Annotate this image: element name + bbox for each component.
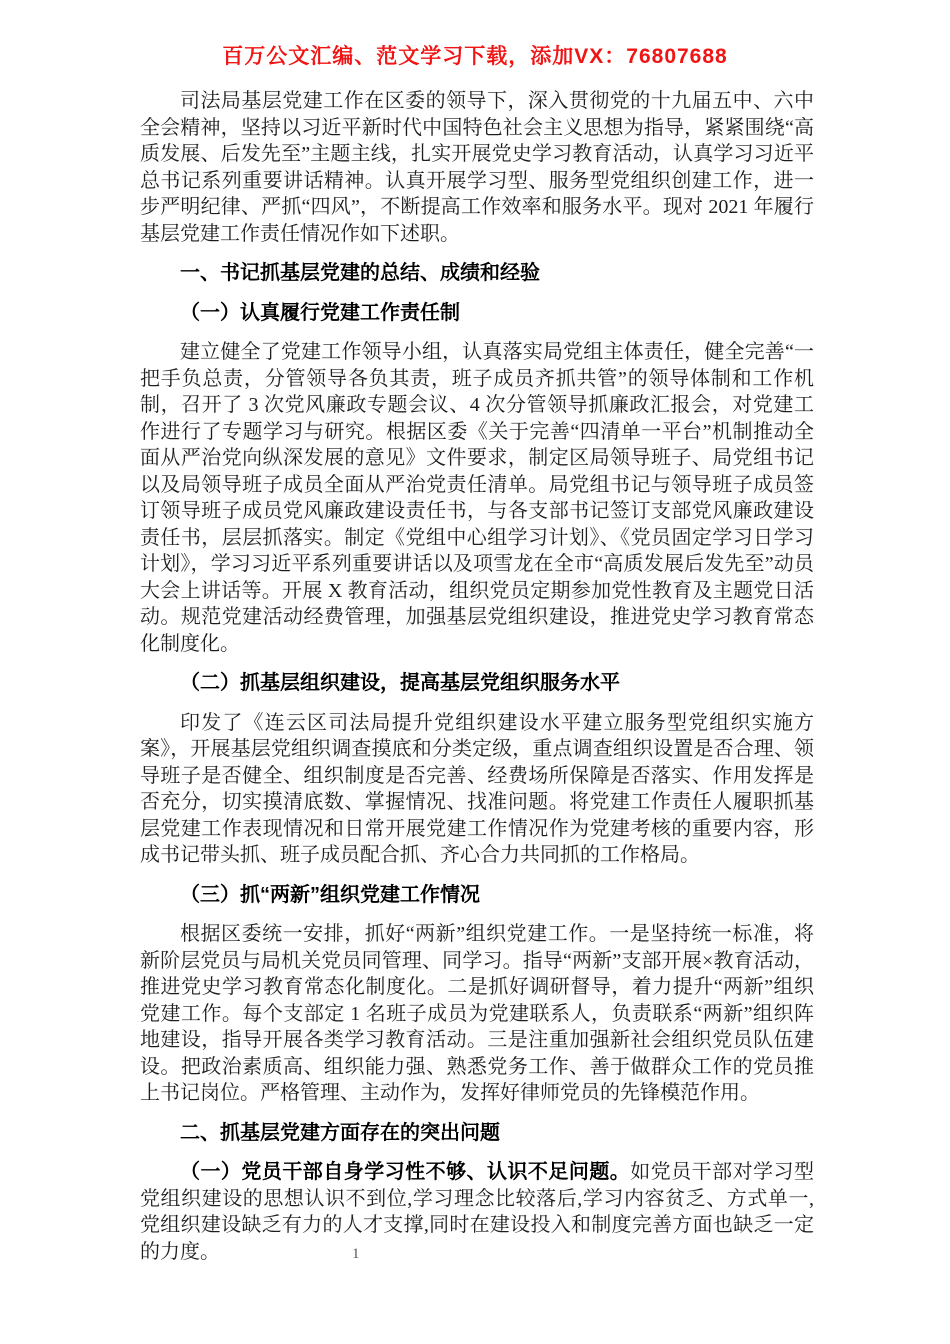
section1-sub3-paragraph: 根据区委统一安排，抓好“两新”组织党建工作。一是坚持统一标准，将新阶层党员与局机… bbox=[140, 921, 814, 1107]
document-page: 百万公文汇编、范文学习下载，添加VX：76807688 司法局基层党建工作在区委… bbox=[0, 0, 950, 1344]
promo-header-text: 百万公文汇编、范文学习下载，添加VX：76807688 bbox=[0, 40, 950, 70]
section2-heading: 二、抓基层党建方面存在的突出问题 bbox=[140, 1120, 814, 1147]
section1-sub2-paragraph: 印发了《连云区司法局提升党组织建设水平建立服务型党组织实施方案》，开展基层党组织… bbox=[140, 710, 814, 869]
document-body: 司法局基层党建工作在区委的领导下，深入贯彻党的十九届五中、六中全会精神，坚持以习… bbox=[140, 88, 814, 1265]
issue1-bold-lead: （一）党员干部自身学习性不够、认识不足问题。 bbox=[180, 1161, 630, 1183]
page-number: 1 bbox=[352, 1246, 360, 1263]
section1-sub1-paragraph: 建立健全了党建工作领导小组，认真落实局党组主体责任，健全完善“一把手负总责，分管… bbox=[140, 339, 814, 657]
intro-paragraph: 司法局基层党建工作在区委的领导下，深入贯彻党的十九届五中、六中全会精神，坚持以习… bbox=[140, 88, 814, 247]
section2-issue1-paragraph: （一）党员干部自身学习性不够、认识不足问题。如党员干部对学习型党组织建设的思想认… bbox=[140, 1159, 814, 1265]
section1-sub3-heading: （三）抓“两新”组织党建工作情况 bbox=[140, 882, 814, 909]
section1-heading: 一、书记抓基层党建的总结、成绩和经验 bbox=[140, 260, 814, 287]
section1-sub2-heading: （二）抓基层组织建设，提高基层党组织服务水平 bbox=[140, 670, 814, 697]
section1-sub1-heading: （一）认真履行党建工作责任制 bbox=[140, 300, 814, 327]
